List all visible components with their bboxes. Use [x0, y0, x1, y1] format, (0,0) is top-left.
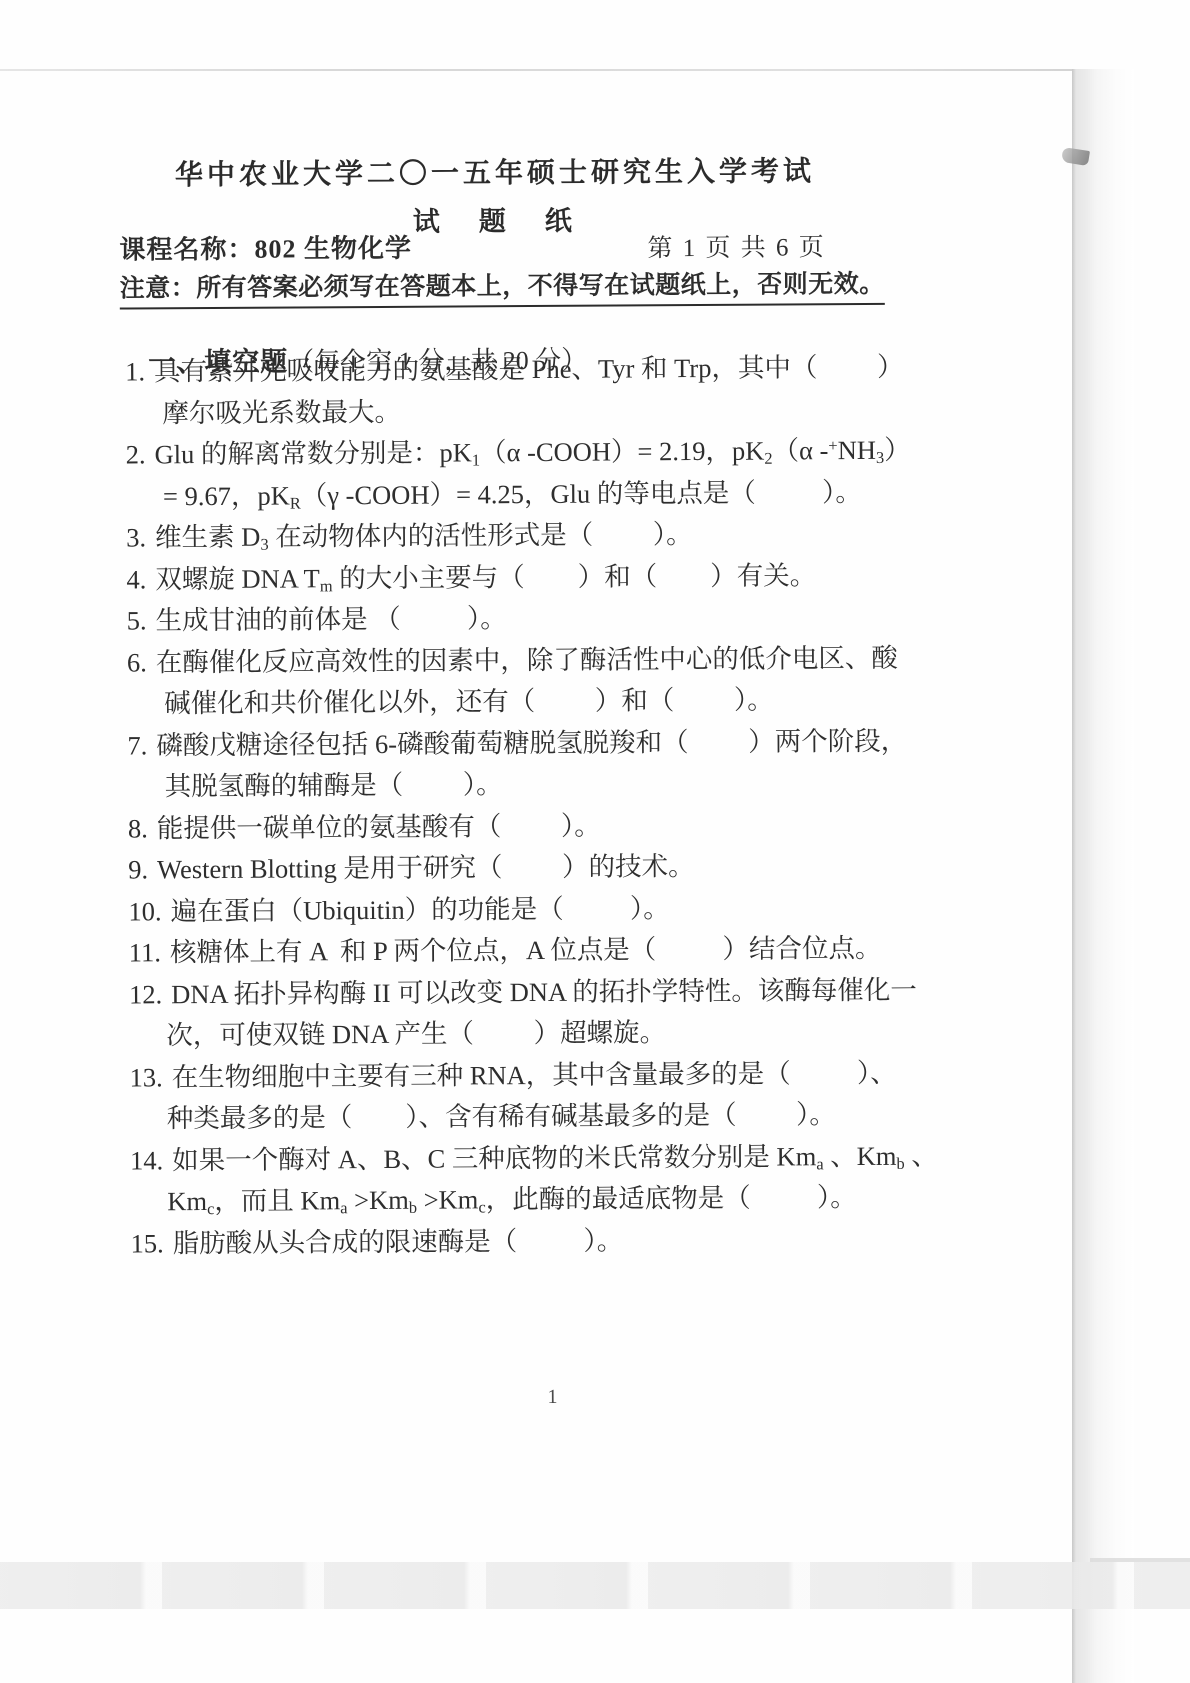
question-8: 8.能提供一碳单位的氨基酸有（ ）。: [128, 802, 1074, 849]
scanner-artifact-mark: [1090, 1558, 1190, 1562]
paper-right-edge-shadow: [1072, 69, 1134, 1683]
question-number: 8.: [128, 808, 148, 850]
question-number: 1.: [125, 351, 145, 393]
question-text: 核糖体上有 A 和 P 两个位点，A 位点是（ ）结合位点。: [170, 933, 882, 967]
notice-line: 注意：所有答案必须写在答题本上，不得写在试题纸上，否则无效。: [120, 264, 885, 310]
question-number: 15.: [130, 1223, 163, 1265]
question-text: DNA 拓扑异构酶 II 可以改变 DNA 的拓扑学特性。该酶每催化一: [171, 974, 917, 1009]
question-10: 10.遍在蛋白（Ubiquitin）的功能是（ ）。: [128, 885, 1074, 932]
question-4: 4.双螺旋 DNA Tm 的大小主要与（ ）和（ ）有关。: [126, 553, 1072, 600]
question-text: 双螺旋 DNA Tm 的大小主要与（ ）和（ ）有关。: [155, 560, 816, 594]
question-number: 6.: [127, 642, 147, 684]
page-number: 1: [547, 1386, 557, 1409]
question-text: 种类最多的是（ ）、含有稀有碱基最多的是（ ）。: [130, 1093, 1076, 1140]
question-number: 5.: [127, 600, 147, 642]
question-number: 12.: [129, 974, 162, 1016]
question-text: 维生素 D3 在动物体内的活性形式是（ ）。: [155, 519, 693, 552]
question-text: 在酶催化反应高效性的因素中，除了酶活性中心的低介电区、酸: [156, 642, 898, 677]
question-text: 磷酸戊糖途径包括 6-磷酸葡萄糖脱氢脱羧和（ ）两个阶段，: [156, 725, 907, 760]
question-text: Glu 的解离常数分别是：pK1（α -COOH）= 2.19，pK2（α -+…: [154, 435, 910, 470]
question-number: 11.: [129, 932, 161, 974]
question-number: 2.: [126, 434, 146, 476]
question-5: 5.生成甘油的前体是 （ ）。: [127, 595, 1073, 642]
question-15: 15.脂肪酸从头合成的限速酶是（ ）。: [130, 1217, 1076, 1264]
question-11: 11.核糖体上有 A 和 P 两个位点，A 位点是（ ）结合位点。: [129, 927, 1075, 974]
question-text: Kmc，而且 Kma >Kmb >Kmc，此酶的最适底物是（ ）。: [130, 1176, 1076, 1223]
question-9: 9.Western Blotting 是用于研究（ ）的技术。: [128, 844, 1074, 891]
question-number: 10.: [128, 891, 161, 933]
question-text: 遍在蛋白（Ubiquitin）的功能是（ ）。: [171, 893, 670, 926]
question-text: 摩尔吸光系数最大。: [125, 387, 1071, 434]
question-2: 2.Glu 的解离常数分别是：pK1（α -COOH）= 2.19，pK2（α …: [126, 429, 1072, 518]
question-text: 具有紫外光吸收能力的氨基酸是 Phe、Tyr 和 Trp，其中（ ）: [154, 352, 904, 387]
question-text: 其脱氢酶的辅酶是（ ）。: [128, 761, 1074, 808]
question-text: 碱催化和共价催化以外，还有（ ）和（ ）。: [127, 678, 1073, 725]
question-text: = 9.67，pKR（γ -COOH）= 4.25，Glu 的等电点是（ ）。: [126, 470, 1072, 517]
question-13: 13.在生物细胞中主要有三种 RNA，其中含量最多的是（ ）、 种类最多的是（ …: [129, 1051, 1075, 1140]
question-number: 7.: [127, 725, 147, 767]
question-list: 1.具有紫外光吸收能力的氨基酸是 Phe、Tyr 和 Trp，其中（ ） 摩尔吸…: [125, 346, 1077, 1265]
question-6: 6.在酶催化反应高效性的因素中，除了酶活性中心的低介电区、酸 碱催化和共价催化以…: [127, 636, 1073, 725]
question-text: 生成甘油的前体是 （ ）。: [156, 603, 507, 635]
question-1: 1.具有紫外光吸收能力的氨基酸是 Phe、Tyr 和 Trp，其中（ ） 摩尔吸…: [125, 346, 1071, 435]
page-count: 第 1 页 共 6 页: [647, 227, 825, 264]
question-7: 7.磷酸戊糖途径包括 6-磷酸葡萄糖脱氢脱羧和（ ）两个阶段， 其脱氢酶的辅酶是…: [127, 719, 1073, 808]
question-text: 能提供一碳单位的氨基酸有（ ）。: [157, 810, 601, 843]
question-12: 12.DNA 拓扑异构酶 II 可以改变 DNA 的拓扑学特性。该酶每催化一 次…: [129, 968, 1075, 1057]
question-3: 3.维生素 D3 在动物体内的活性形式是（ ）。: [126, 512, 1072, 559]
question-number: 14.: [130, 1140, 163, 1182]
course-name: 课程名称：802 生物化学: [119, 228, 412, 267]
question-number: 9.: [128, 849, 148, 891]
exam-scan-page: { "document": { "university_title": "华中农…: [0, 0, 1190, 1683]
question-number: 4.: [126, 559, 146, 601]
question-number: 3.: [126, 517, 146, 559]
question-14: 14.如果一个酶对 A、B、C 三种底物的米氏常数分别是 Kma 、Kmb 、 …: [130, 1134, 1076, 1223]
exam-title: 华中农业大学二〇一五年硕士研究生入学考试: [0, 148, 991, 194]
question-number: 13.: [129, 1057, 162, 1099]
question-text: 如果一个酶对 A、B、C 三种底物的米氏常数分别是 Kma 、Kmb 、: [172, 1140, 938, 1175]
exam-page-content: 华中农业大学二〇一五年硕士研究生入学考试 试 题 纸 课程名称：802 生物化学…: [0, 0, 1082, 1683]
question-text: 脂肪酸从头合成的限速酶是（ ）。: [173, 1225, 624, 1258]
question-text: 次，可使双链 DNA 产生（ ）超螺旋。: [129, 1010, 1075, 1057]
question-text: 在生物细胞中主要有三种 RNA，其中含量最多的是（ ）、: [172, 1057, 897, 1091]
question-text: Western Blotting 是用于研究（ ）的技术。: [157, 851, 695, 884]
